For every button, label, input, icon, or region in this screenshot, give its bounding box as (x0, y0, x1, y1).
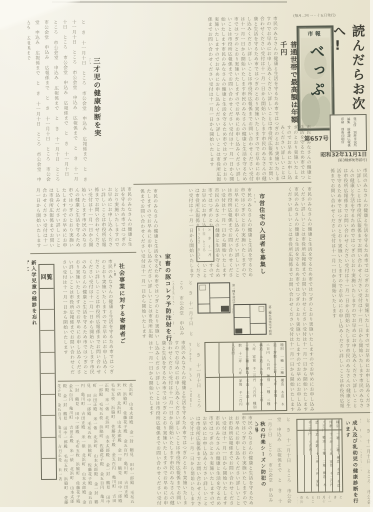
article-body-autumn: と き 十一月十日 ところ 市公会堂 申込み 広報係まで と き 十一月十日 と… (268, 417, 293, 507)
article-body-top: 市民のみなさんの健康と生活を守るため市ではつぎのとおり実施いたしますのでお早めに… (101, 16, 279, 184)
schedule-footnote: と き 十一月十日 ところ 市公会堂 申込み 広報係まで (297, 495, 343, 507)
housing-spec-table: 種別 一種 二種 構造 木造 木造 坪数 十二坪 八坪 家賃 千二百円 八百円 … (204, 341, 287, 412)
kairan-cell (40, 289, 54, 310)
kairan-cell (40, 310, 54, 331)
article-body-hog-cholera: 市民のみなさんの健康と生活を守るため市ではつぎのとおり実施いたしますのでお早めに… (133, 189, 159, 339)
kairan-box: 回覧 (38, 264, 57, 480)
checkup-schedule-text: 種別 一種 二種 構造 木造 木造 坪数 十二坪 八坪 家賃 千二百円 八百円 … (298, 420, 341, 491)
headline-autumn-safety: 秋の行楽シーズン防犯の心得 (255, 421, 267, 489)
publisher-line: 発行所 別府市役所 (352, 117, 357, 148)
kairan-cell (41, 416, 55, 437)
headline-three-year-checkup: 三才児の健康診断を実施 (90, 57, 103, 137)
lead-headline: 普通世帯で最高額は年額千円 国民健康保険が施行されます (278, 41, 300, 127)
headline-hog-cholera: 家畜の豚コレラ予防注射を行います (159, 253, 172, 348)
headline-health-checkup: 成人及び乳幼児の健康診断を行います (346, 420, 359, 506)
article-body-mid-left: 市民のみなさんの健康と生活を守るため市ではつぎのとおり実施いたしますのでお早めに… (31, 187, 132, 250)
donor-name-list: 北浜町 山本太郎殿 金一封 鶴見 田中一郎殿 毛布五枚 浜脇町 佐藤花子殿 金五… (58, 383, 136, 508)
page-content: 読んだらお次へ! (毎月二回 一・十五日発行) 市報 べっぷ 第657号 発行所… (0, 0, 373, 512)
headline-donors: 社会事業に対する寄贈者ご芳名 (114, 263, 126, 347)
article-body-bottom-left: 市民のみなさんの健康と生活を守るため市ではつぎのとおり実施いたしますのでお早めに… (137, 340, 187, 507)
scan-artifact-line (52, 1, 287, 3)
floor-plan-b-diagram (233, 303, 267, 335)
kairan-cell (41, 374, 55, 395)
publisher-line: 編集 総務課広報係 (346, 117, 351, 148)
kairan-cell (41, 395, 55, 416)
publication-frequency-note: (毎月二回 一・十五日発行) (287, 13, 341, 19)
article-body-bottom-center: 市民のみなさんの健康と生活を守るため市ではつぎのとおり実施いたしますのでお早めに… (190, 415, 253, 508)
article-body-top-left: と き 十一月十日 ところ 市公会堂 申込み 広報係まで と き 十一月十日 と… (27, 19, 89, 184)
article-body-donors: 市民のみなさんの健康と生活を守るため市ではつぎのとおり実施いたしますのでお早めに… (56, 259, 113, 378)
kairan-cell (42, 437, 56, 458)
housing-spec-table-text: 種別 一種 二種 構造 木造 木造 坪数 十二坪 八坪 家賃 千二百円 八百円 … (206, 343, 285, 410)
section-divider (242, 412, 372, 415)
kairan-cell (40, 331, 54, 352)
schedule-note-text: と き 十一月十日 ところ 市公会堂 申込み 広報係まで (198, 228, 212, 260)
schedule-note-box: と き 十一月十日 ところ 市公会堂 申込み 広報係まで (196, 226, 214, 262)
kairan-cells (40, 289, 56, 479)
nameplate-title: べっぷ (307, 43, 329, 127)
publisher-info-box: 発行所 別府市役所 編集 総務課広報係 印刷 別府印刷所 (330, 114, 367, 151)
headline-new-student-checkup: 新入学児童の健診を忘れずに (27, 260, 38, 330)
article-body-right-column: 市民のみなさんの健康と生活を守るため市ではつぎのとおり実施いたしますのでお早めに… (313, 168, 370, 411)
headline-city-housing: 市営住宅の入居者を募集します (255, 193, 267, 277)
section-divider (58, 380, 136, 382)
kairan-cell (40, 353, 54, 374)
scan-artifact-bottom-edge (0, 507, 373, 512)
publisher-line: 印刷 別府印刷所 (340, 117, 345, 148)
kairan-cell (42, 459, 56, 479)
scan-artifact-corner (0, 0, 80, 30)
lead-headline-line1: 普通世帯で最高額は年額千円 (279, 41, 300, 127)
section-divider (30, 252, 136, 254)
kairan-label: 回覧 (39, 265, 53, 289)
article-body-hog-details: と き 十一月十日 ところ 市公会堂 申込み 広報係まで と き 十一月十日 と… (173, 280, 196, 340)
floor-plan-b-caption: 第二種木造住宅平面図 (268, 305, 272, 335)
newspaper-page: 読んだらお次へ! (毎月二回 一・十五日発行) 市報 べっぷ 第657号 発行所… (0, 0, 373, 512)
article-body-under-lead: 市民のみなさんの健康と生活を守るため市ではつぎのとおり実施いたしますのでお早めに… (281, 125, 312, 181)
floor-plan-a-diagram (197, 282, 231, 314)
housing-application-note: と き 十一月十日 ところ 市公会堂 申込み 広報係まで (189, 342, 203, 412)
checkup-schedule-table: 種別 一種 二種 構造 木造 木造 坪数 十二坪 八坪 家賃 千二百円 八百円 … (296, 418, 343, 493)
